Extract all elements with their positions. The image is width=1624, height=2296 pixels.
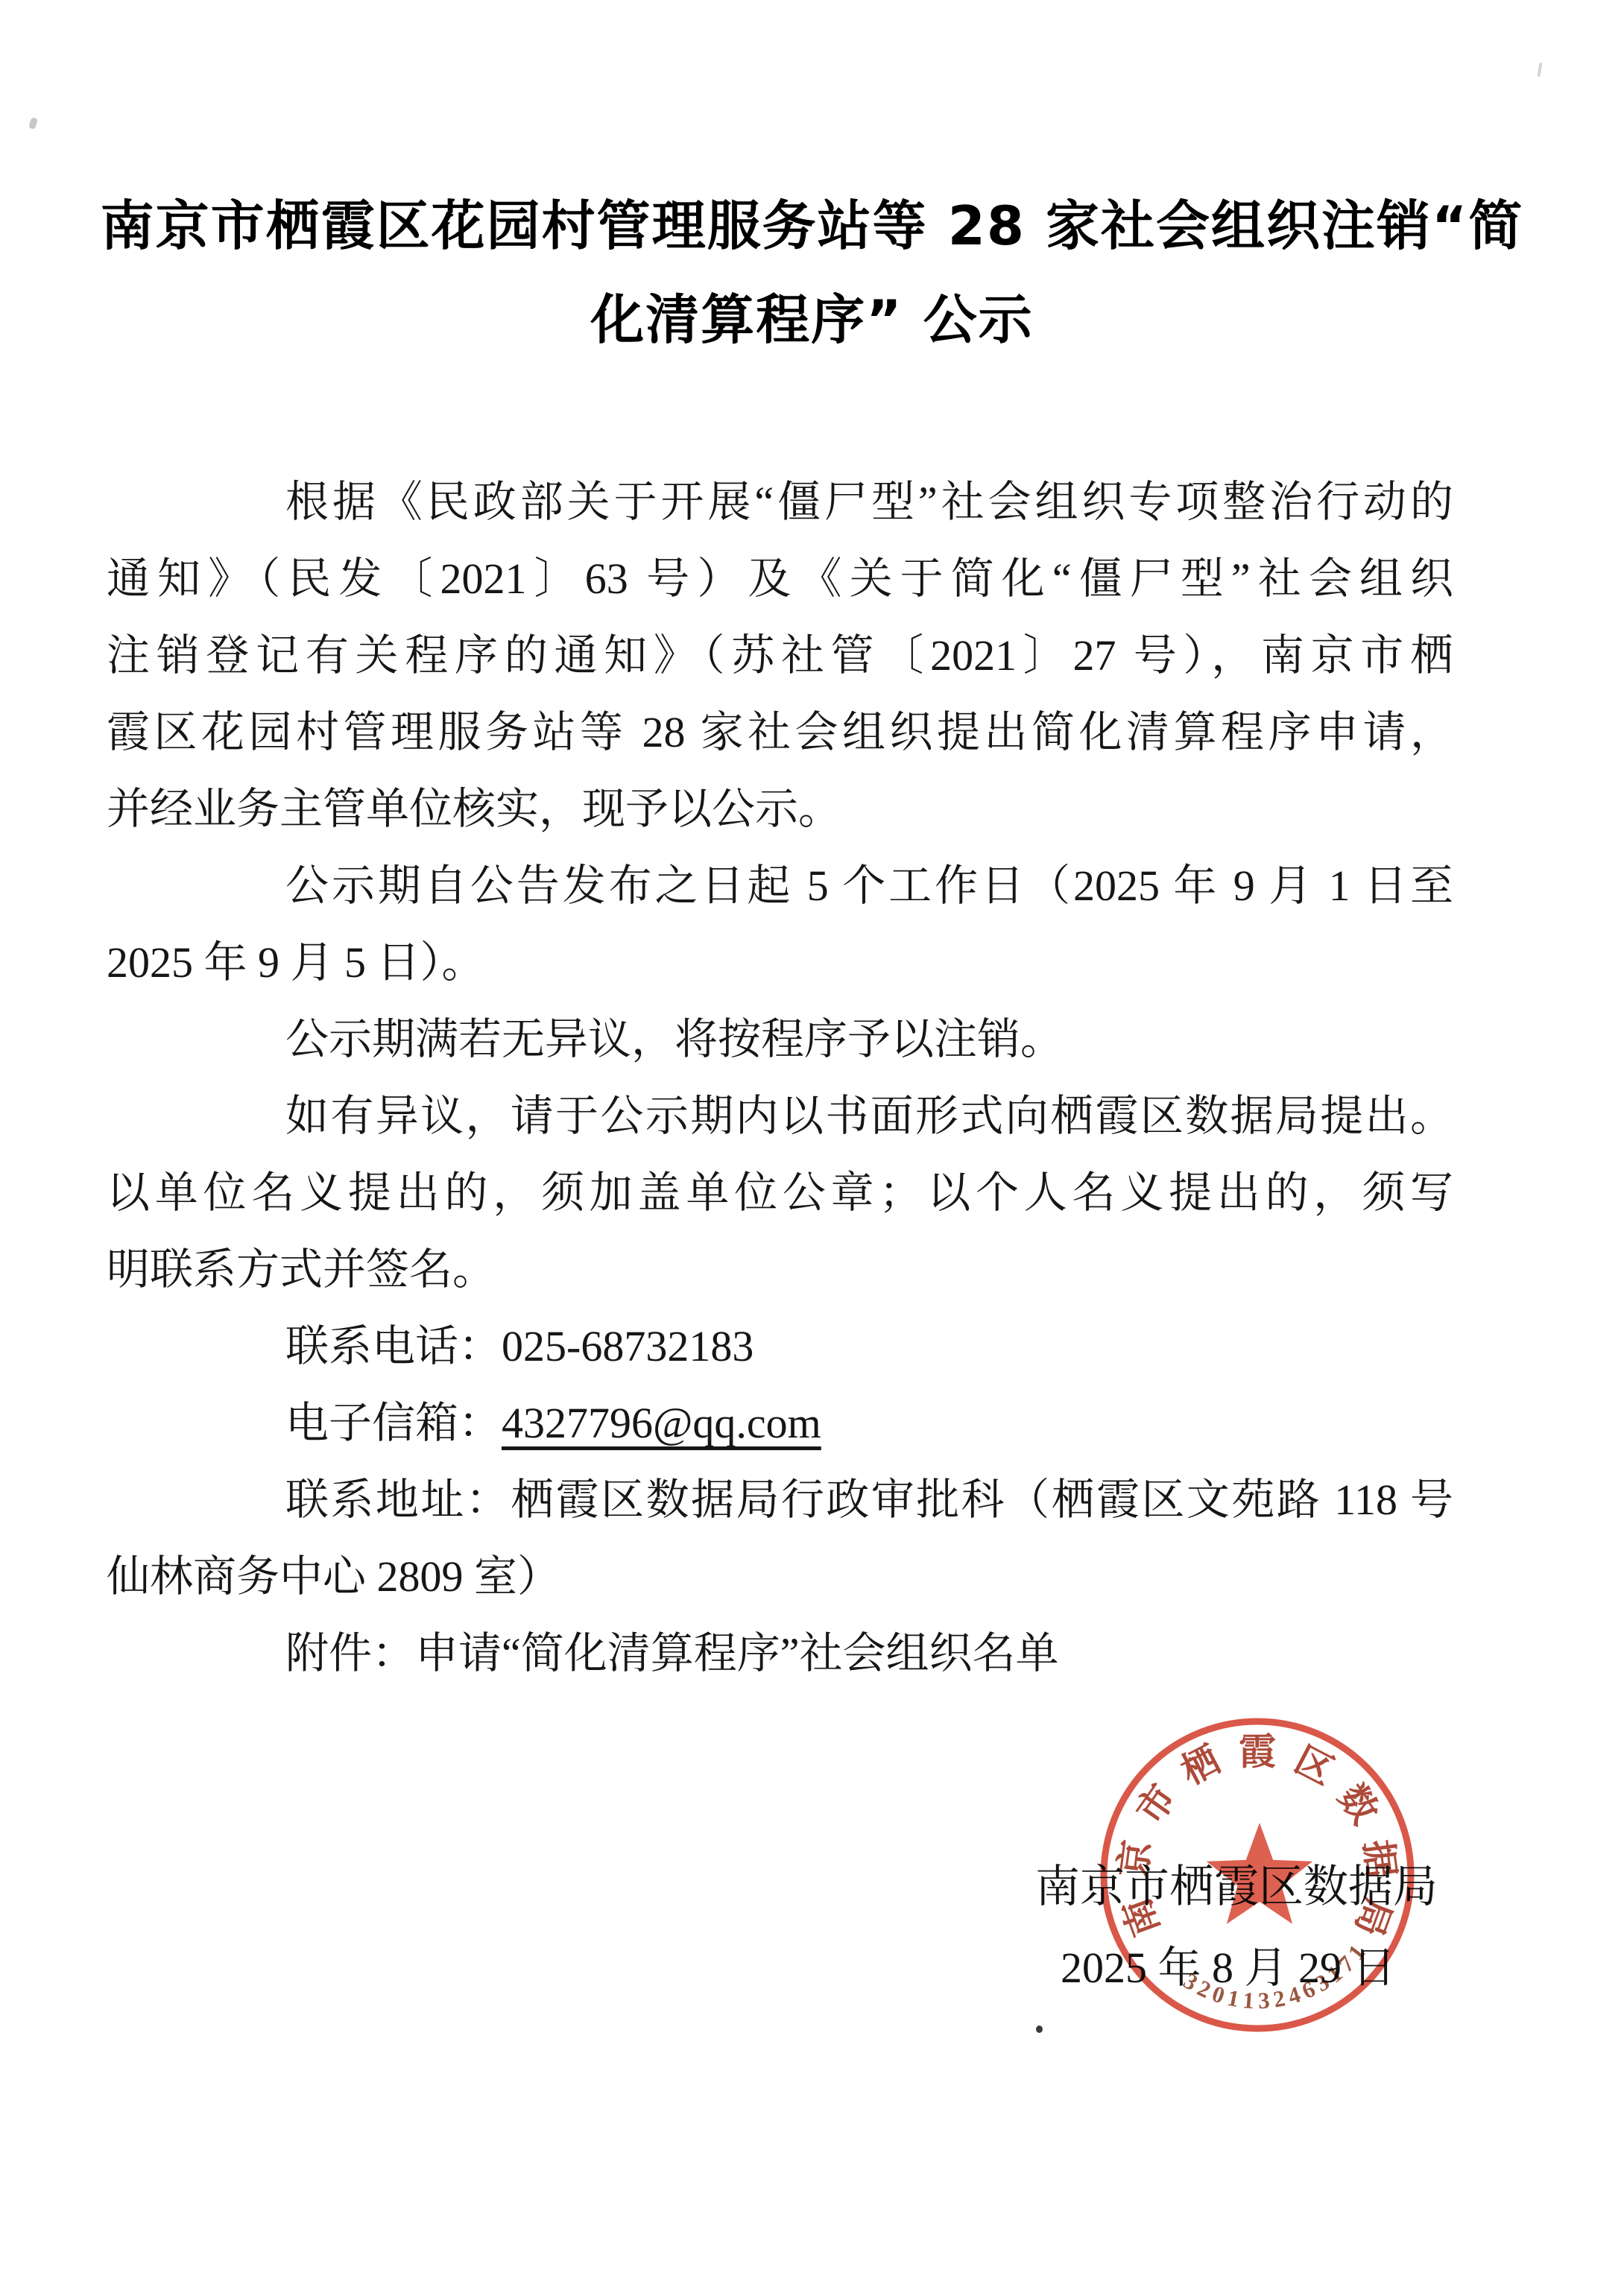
document-title: 南京市栖霞区花园村管理服务站等 28 家社会组织注销“简 化清算程序” 公示 xyxy=(0,179,1624,367)
body-line-text: 明联系方式并签名。 xyxy=(107,1245,496,1294)
signature-date: 2025 年 8 月 29 日 xyxy=(1061,1946,1396,1990)
scan-artifact xyxy=(1538,63,1543,77)
body-line: 仙林商务中心 2809 室） xyxy=(107,1538,1453,1615)
body-line-text: 电子信箱： xyxy=(285,1399,502,1447)
body-line-text: 附件：申请“简化清算程序”社会组织名单 xyxy=(285,1629,1059,1677)
body-line: 公示期满若无异议，将按程序予以注销。 xyxy=(107,1001,1453,1078)
body-text: 根据《民政部关于开展“僵尸型”社会组织专项整治行动的通知》（民发〔2021〕63… xyxy=(107,464,1453,1692)
body-line: 2025 年 9 月 5 日）。 xyxy=(107,924,1453,1001)
body-line-text: 联系地址：栖霞区数据局行政审批科（栖霞区文苑路 118 号 xyxy=(285,1476,1453,1524)
body-line: 并经业务主管单位核实，现予以公示。 xyxy=(107,771,1453,847)
body-line-text: 以单位名义提出的，须加盖单位公章；以个人名义提出的，须写 xyxy=(107,1168,1453,1217)
body-line: 通知》（民发〔2021〕63 号）及《关于简化“僵尸型”社会组织 xyxy=(107,540,1453,617)
body-line-text: 如有异议，请于公示期内以书面形式向栖霞区数据局提出。 xyxy=(285,1092,1453,1140)
seal-ring-char: 霞 xyxy=(1239,1730,1276,1772)
body-line-text: 根据《民政部关于开展“僵尸型”社会组织专项整治行动的 xyxy=(285,478,1453,526)
body-line: 霞区花园村管理服务站等 28 家社会组织提出简化清算程序申请， xyxy=(107,694,1453,771)
body-line-text: 公示期满若无异议，将按程序予以注销。 xyxy=(285,1015,1064,1063)
body-line-text: 霞区花园村管理服务站等 28 家社会组织提出简化清算程序申请， xyxy=(107,708,1453,756)
body-line: 根据《民政部关于开展“僵尸型”社会组织专项整治行动的 xyxy=(107,464,1453,540)
signature-org: 南京市栖霞区数据局 xyxy=(1035,1865,1438,1909)
body-line-text: 并经业务主管单位核实，现予以公示。 xyxy=(107,785,841,833)
body-line: 以单位名义提出的，须加盖单位公章；以个人名义提出的，须写 xyxy=(107,1154,1453,1231)
body-line: 联系电话：025-68732183 xyxy=(107,1308,1453,1385)
body-line-text: 2025 年 9 月 5 日）。 xyxy=(107,938,485,987)
seal-ring-char: 市 xyxy=(1128,1777,1184,1831)
scan-artifact xyxy=(1036,2025,1043,2033)
body-line-text: 注销登记有关程序的通知》（苏社管〔2021〕27 号），南京市栖 xyxy=(107,631,1453,680)
body-line: 注销登记有关程序的通知》（苏社管〔2021〕27 号），南京市栖 xyxy=(107,617,1453,694)
body-line-text: 联系电话：025-68732183 xyxy=(285,1322,753,1370)
body-line: 公示期自公告发布之日起 5 个工作日（2025 年 9 月 1 日至 xyxy=(107,847,1453,924)
body-line: 明联系方式并签名。 xyxy=(107,1231,1453,1308)
email-address: 4327796@qq.com xyxy=(502,1399,821,1447)
body-line: 电子信箱：4327796@qq.com xyxy=(107,1385,1453,1461)
body-line-text: 通知》（民发〔2021〕63 号）及《关于简化“僵尸型”社会组织 xyxy=(107,554,1453,603)
body-line: 附件：申请“简化清算程序”社会组织名单 xyxy=(107,1615,1453,1692)
seal-ring-char: 数 xyxy=(1330,1777,1386,1831)
seal-ring-char: 栖 xyxy=(1174,1739,1226,1793)
body-line: 联系地址：栖霞区数据局行政审批科（栖霞区文苑路 118 号 xyxy=(107,1461,1453,1538)
body-line: 如有异议，请于公示期内以书面形式向栖霞区数据局提出。 xyxy=(107,1078,1453,1154)
title-line-1: 南京市栖霞区花园村管理服务站等 28 家社会组织注销“简 xyxy=(0,179,1624,273)
body-line-text: 公示期自公告发布之日起 5 个工作日（2025 年 9 月 1 日至 xyxy=(285,861,1453,910)
body-line-text: 仙林商务中心 2809 室） xyxy=(107,1552,560,1601)
scan-artifact xyxy=(28,117,38,130)
title-line-2: 化清算程序” 公示 xyxy=(0,273,1624,367)
seal-ring-char: 区 xyxy=(1288,1739,1340,1793)
document-page: 南京市栖霞区花园村管理服务站等 28 家社会组织注销“简 化清算程序” 公示 根… xyxy=(0,0,1624,2296)
